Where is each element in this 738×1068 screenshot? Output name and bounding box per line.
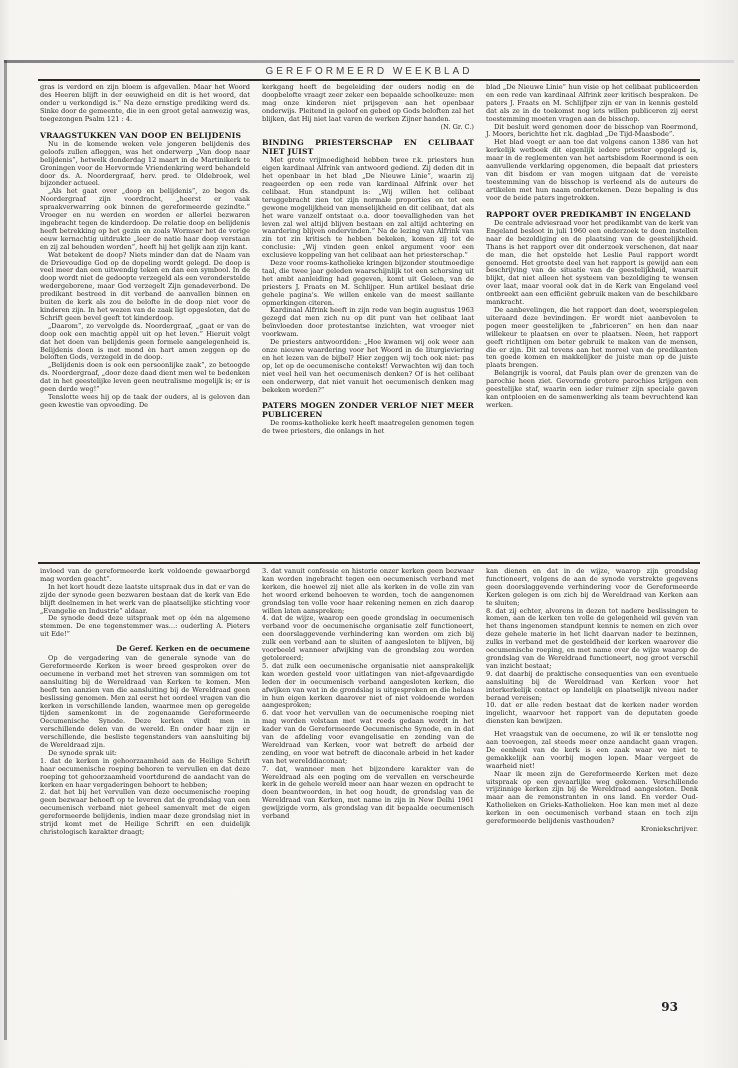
- paragraph: Dit besluit werd genomen door de bisscho…: [486, 124, 698, 140]
- masthead: GEREFORMEERD WEEKBLAD: [0, 66, 738, 77]
- paragraph: De aanbevelingen, die het rapport dan do…: [486, 307, 698, 370]
- paragraph: In het kort houdt deze laatste uitspraak…: [40, 584, 250, 616]
- paragraph: De centrale adviesraad voor het predikam…: [486, 220, 698, 307]
- paragraph: „Als het gaat over „doop en belijdenis”,…: [40, 188, 250, 251]
- list-number: 7.: [262, 765, 268, 773]
- list-number: 1.: [40, 757, 46, 765]
- paragraph: Kardinaal Alfrink heeft in zijn rede van…: [262, 307, 474, 339]
- paragraph: Tenslotte wees hij op de taak der ouders…: [40, 394, 250, 410]
- paragraph: Het blad voegt er aan toe dat volgens ca…: [486, 139, 698, 202]
- list-number: 4.: [262, 614, 268, 622]
- top-column-3: blad „De Nieuwe Linie” hun visie op het …: [486, 84, 698, 410]
- synod-statements-list: 8. dat zij echter, alvorens in dezen tot…: [486, 608, 698, 727]
- paragraph: invloed van de gereformeerde kerk voldoe…: [40, 568, 250, 584]
- list-text: dat voor het vervullen van de oecumenisc…: [262, 709, 474, 764]
- bottom-column-1: invloed van de gereformeerde kerk voldoe…: [40, 568, 250, 837]
- list-number: 2.: [40, 788, 46, 796]
- list-text: dat vanuit confessie en historie onzer k…: [262, 567, 474, 615]
- subheading-oecumene: De Geref. Kerken en de oecumene: [40, 645, 250, 653]
- paragraph: Op de vergadering van de generale synode…: [40, 655, 250, 750]
- paragraph: Belangrijk is vooral, dat Pauls plan ove…: [486, 370, 698, 410]
- top-column-1: gras is verdord en zijn bloem is afgeval…: [40, 84, 250, 410]
- list-item: 4. dat de wijze, waarop een goede gronds…: [262, 615, 474, 662]
- paragraph: Nu in de komende weken vele jongeren bel…: [40, 141, 250, 188]
- paragraph: De synode deed deze uitspraak met op één…: [40, 615, 250, 639]
- paragraph: Het vraagstuk van de oecumene, zo wil ik…: [486, 731, 698, 771]
- section-divider-rule: [38, 562, 700, 564]
- paragraph: Deze voor rooms-katholieke kringen bijzo…: [262, 260, 474, 307]
- list-text: dat er alle reden bestaat dat de kerken …: [486, 701, 698, 725]
- top-column-2: kerkgang heeft de begeleiding der ouders…: [262, 84, 474, 436]
- article-heading-celibaat: BINDING PRIESTERSCHAP EN CELIBAAT NIET J…: [262, 139, 474, 156]
- page-number: 93: [661, 1000, 678, 1014]
- article-heading-paters: PATERS MOGEN ZONDER VERLOF NIET MEER PUB…: [262, 402, 474, 419]
- list-number: 5.: [262, 662, 268, 670]
- list-text: dat de kerken in gehoorzaamheid aan de H…: [40, 757, 250, 789]
- continuation-text: kan dienen en dat in de wijze, waarop zi…: [486, 568, 698, 608]
- list-item: 1. dat de kerken in gehoorzaamheid aan d…: [40, 758, 250, 790]
- list-item: 7. dat, wanneer men het bijzondere karak…: [262, 766, 474, 821]
- list-text: dat het bij het vervullen van deze oecum…: [40, 788, 250, 836]
- list-text: dat de wijze, waarop een goede grondslag…: [262, 614, 474, 662]
- paragraph: De rooms-katholieke kerk heeft maatregel…: [262, 420, 474, 436]
- header-rule: [38, 79, 700, 81]
- paragraph: „Belijdenis doen is ook een persoonlijke…: [40, 362, 250, 394]
- magazine-page: GEREFORMEERD WEEKBLAD gras is verdord en…: [0, 0, 738, 1068]
- bottom-column-2: 3. dat vanuit confessie en historie onze…: [262, 568, 474, 821]
- list-number: 3.: [262, 567, 268, 575]
- page-edge-shadow: [4, 60, 7, 1040]
- list-item: 5. dat zulk een oecumenische organisatie…: [262, 663, 474, 710]
- paragraph: Met grote vrijmoedigheid hebben twee r.k…: [262, 157, 474, 260]
- list-number: 10.: [486, 701, 497, 709]
- bottom-column-3: kan dienen en dat in de wijze, waarop zi…: [486, 568, 698, 834]
- continuation-text: gras is verdord en zijn bloem is afgeval…: [40, 84, 250, 124]
- list-item: 2. dat het bij het vervullen van deze oe…: [40, 789, 250, 836]
- source-signature: (N. Gr. C.): [262, 124, 474, 132]
- paragraph: Wat betekent de doop? Niets minder dan d…: [40, 252, 250, 323]
- list-item: 3. dat vanuit confessie en historie onze…: [262, 568, 474, 615]
- page-top-edge: [4, 60, 734, 63]
- list-item: 10. dat er alle reden bestaat dat de ker…: [486, 702, 698, 726]
- author-signature: Kroniekschrijver.: [486, 826, 698, 834]
- synod-statements-list: 1. dat de kerken in gehoorzaamheid aan d…: [40, 758, 250, 837]
- article-heading-rapport-predikambt: RAPPORT OVER PREDIKAMBT IN ENGELAND: [486, 211, 698, 219]
- article-heading-doop-belijdenis: VRAAGSTUKKEN VAN DOOP EN BELIJDENIS: [40, 132, 250, 140]
- synod-statements-list: 3. dat vanuit confessie en historie onze…: [262, 568, 474, 821]
- list-item: 8. dat zij echter, alvorens in dezen tot…: [486, 608, 698, 671]
- list-number: 9.: [486, 670, 492, 678]
- list-number: 6.: [262, 709, 268, 717]
- list-item: 6. dat voor het vervullen van de oecumen…: [262, 710, 474, 765]
- paragraph: De priesters antwoordden: „Hoe kwamen wi…: [262, 339, 474, 394]
- list-text: dat daarbij de praktische consequenties …: [486, 670, 698, 702]
- list-text: dat, wanneer men het bijzondere karakter…: [262, 765, 474, 820]
- paragraph: „Daarom”, zo vervolgde ds. Noordergraaf,…: [40, 323, 250, 363]
- paragraph: Naar ik meen zijn de Gereformeerde Kerke…: [486, 771, 698, 826]
- continuation-text: kerkgang heeft de begeleiding der ouders…: [262, 84, 474, 124]
- list-number: 8.: [486, 607, 492, 615]
- paragraph: blad „De Nieuwe Linie” hun visie op het …: [486, 84, 698, 124]
- list-text: dat zulk een oecumenische organisatie ni…: [262, 662, 474, 710]
- list-item: 9. dat daarbij de praktische consequenti…: [486, 671, 698, 703]
- list-text: dat zij echter, alvorens in dezen tot na…: [486, 607, 698, 670]
